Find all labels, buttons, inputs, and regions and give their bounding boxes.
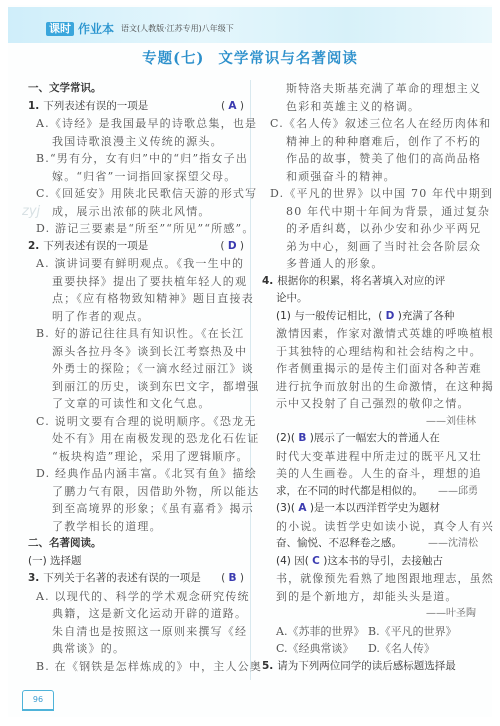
left-column: 一、文学常识。 1.下列表述有误的一项是 ( A ) A.《诗经》是我国最早的诗…: [28, 80, 246, 675]
review-2-signature: ——邱勇: [438, 483, 478, 501]
book-options-row-2: C.《经典常谈》D.《名人传》: [262, 640, 478, 658]
right-column: 斯特洛夫斯基充满了革命的理想主义色彩和英雄主义的格调。C.《名人传》叙述三位名人…: [262, 80, 478, 675]
option-line: C. 说明文要有合理的说明顺序。《恐龙无: [28, 413, 246, 431]
option-line: D. 经典作品内涵丰富。《北冥有鱼》描绘: [28, 465, 246, 483]
title-prefix: 专题(七): [142, 50, 204, 67]
text-line: 了文章的可读性和文化气息。: [28, 395, 246, 413]
text-line: 外勇士的探险；《一滴水经过丽江》谈: [28, 360, 246, 378]
option-line: A.《诗经》是我国最早的诗歌总集，也是: [28, 115, 246, 133]
text-line: 源头各拉丹冬》谈到长江考察热及中: [28, 343, 246, 361]
question-2-options: A. 演讲词要有鲜明观点。《我一生中的重要抉择》提出了要扶植年轻人的观点；《应有…: [28, 255, 246, 535]
book-option-b: B.《平凡的世界》: [368, 625, 457, 638]
text-line: 到至高境界的形象；《虽有嘉肴》揭示: [28, 500, 246, 518]
text-line: 激情因素，作家对激情式英雄的呼唤植根: [262, 325, 478, 343]
text-line: 和顽强奋斗的精神。: [262, 168, 478, 186]
review-2-first-line: (2)( B )展示了一幅宏大的普通人在: [262, 430, 478, 448]
text-line: 色彩和英雄主义的格调。: [262, 98, 478, 116]
answer-letter: C: [312, 555, 320, 567]
answer-paren: ( B ): [221, 570, 244, 588]
text-line: 进行抗争而放射出的生命激情，在这种揭: [262, 378, 478, 396]
review-1-first-line: (1) 与一般传记相比，( D )充满了各种: [262, 308, 478, 326]
review-4-signature: ——叶圣陶: [262, 605, 478, 623]
question-1-stem: 1.下列表述有误的一项是 ( A ): [28, 98, 246, 116]
text-line: 弟为中心，刻画了当时社会各阶层众: [262, 238, 478, 256]
text-line: 精神上的种种磨难后，创作了不朽的: [262, 133, 478, 151]
answer-letter: A: [298, 502, 306, 514]
review-3-last-line: 奋、愉悦、不忍释卷之感。 ——沈清松: [262, 535, 478, 553]
text-line: 多普通人的形象。: [262, 255, 478, 273]
text-line: 到的是个新地方，却能头头是道。: [262, 588, 478, 606]
text-line: 朱自清也是按照这一原则来撰写《经: [28, 623, 246, 641]
answer-letter: A: [228, 100, 236, 112]
text-line: 典籍，这是新文化运动开辟的道路。: [28, 605, 246, 623]
text-line: 的小说。读哲学史如读小说，真令人有兴: [262, 518, 478, 536]
subsection-multiple-choice: (一) 选择题: [28, 553, 246, 571]
answer-letter: D: [228, 240, 237, 252]
question-4-stem: 4.根据你的积累，将名著填入对应的评: [262, 273, 478, 291]
option-line: A. 以现代的、科学的学术观念研究传统: [28, 588, 246, 606]
text-line: 书，就像预先看熟了地图跟地理志，虽然: [262, 570, 478, 588]
answer-letter: B: [229, 572, 237, 584]
answer-letter: D: [386, 310, 395, 322]
option-line: C.《回延安》用陕北民歌信天游的形式写: [28, 185, 246, 203]
option-line: B. 好的游记往往具有知识性。《在长江: [28, 325, 246, 343]
text-line: 斯特洛夫斯基充满了革命的理想主义: [262, 80, 478, 98]
text-line: 到丽江的历史，谈到东巴文字，都增强: [28, 378, 246, 396]
text-line: 于其独特的心理结构和社会结构之中。: [262, 343, 478, 361]
text-line: 重要抉择》提出了要扶植年轻人的观: [28, 273, 246, 291]
option-line: B. 在《钢铁是怎样炼成的》中，主人公奥: [28, 658, 246, 676]
text-line: 时代大变革进程中所走过的既平凡又壮: [262, 448, 478, 466]
option-line: D.《平凡的世界》以中国 70 年代中期到: [262, 185, 478, 203]
question-3-options: A. 以现代的、科学的学术观念研究传统典籍，这是新文化运动开辟的道路。朱自清也是…: [28, 588, 246, 676]
text-line: 80 年代中期十年间为背景，通过复杂: [262, 203, 478, 221]
text-line: 成，展示出浓郁的陕北风情。: [28, 203, 246, 221]
option-line: D. 游记三要素是“所至”“所见”“所感”。: [28, 220, 246, 238]
text-line: 作者侧重揭示的是传主们面对各种苦难: [262, 360, 478, 378]
text-line: 了教学相长的道理。: [28, 518, 246, 536]
text-line: 美的人生画卷。人生的奋斗，理想的追: [262, 465, 478, 483]
review-1-body: 激情因素，作家对激情式英雄的呼唤植根于其独特的心理结构和社会结构之中。作者侧重揭…: [262, 325, 478, 413]
book-option-d: D.《名人传》: [368, 642, 435, 655]
brand-logo: 课时: [46, 22, 74, 36]
page-number-badge: 96: [22, 690, 54, 711]
question-4-stem-cont: 论中。: [262, 290, 478, 308]
text-line: 我国诗歌浪漫主义传统的源头。: [28, 133, 246, 151]
question-2-stem: 2.下列表述有误的一项是 ( D ): [28, 238, 246, 256]
text-line: 作品的故事，赞美了他们的高尚品格: [262, 150, 478, 168]
book-option-c: C.《经典常谈》: [276, 640, 368, 658]
question-5-stem: 5.请为下列两位同学的读后感标题选择最: [262, 658, 478, 676]
title-main: 文学常识与名著阅读: [218, 50, 358, 67]
review-4-body: 书，就像预先看熟了地图跟地理志，虽然到的是个新地方，却能头头是道。: [262, 570, 478, 605]
text-line: “板块构造”理论，采用了逻辑顺序。: [28, 448, 246, 466]
question-1-options: A.《诗经》是我国最早的诗歌总集，也是我国诗歌浪漫主义传统的源头。B.“男有分，…: [28, 115, 246, 238]
book-subtitle: 语文(人教版·江苏专用)八年级下: [121, 23, 234, 34]
answer-paren: ( D ): [220, 238, 244, 256]
brand-header: 课时 作业本 语文(人教版·江苏专用)八年级下: [46, 20, 234, 37]
review-3-body: 的小说。读哲学史如读小说，真令人有兴: [262, 518, 478, 536]
text-line: 典常谈》的。: [28, 640, 246, 658]
review-1-signature: ——刘佳林: [262, 413, 478, 431]
text-line: 示中又投射了自己强烈的敬仰之情。: [262, 395, 478, 413]
text-line: 明了作者的观点。: [28, 308, 246, 326]
text-line: 嫁。“归省”一词指回家探望父母。: [28, 168, 246, 186]
option-line: A. 演讲词要有鲜明观点。《我一生中的: [28, 255, 246, 273]
text-line: 处不有》用在南极发现的恐龙化石佐证: [28, 430, 246, 448]
question-3-options-continued: 斯特洛夫斯基充满了革命的理想主义色彩和英雄主义的格调。C.《名人传》叙述三位名人…: [262, 80, 478, 273]
review-2-body: 时代大变革进程中所走过的既平凡又壮美的人生画卷。人生的奋斗，理想的追: [262, 448, 478, 483]
text-line: 了鹏力气有限，因借助外物，所以能达: [28, 483, 246, 501]
page-title: 专题(七)文学常识与名著阅读: [0, 47, 500, 68]
question-3-stem: 3.下列关于名著的表述有误的一项是 ( B ): [28, 570, 246, 588]
text-line: 的矛盾纠葛，以孙少安和孙少平两兄: [262, 220, 478, 238]
review-4-first-line: (4) 因( C )这本书的导引，去接触古: [262, 553, 478, 571]
text-line: 点；《应有格物致知精神》题目直接表: [28, 290, 246, 308]
section-heading-classics-reading: 二、名著阅读。: [28, 535, 246, 553]
answer-letter: B: [298, 432, 306, 444]
review-3-signature: ——沈清松: [428, 535, 478, 553]
book-options-row-1: A.《苏菲的世界》B.《平凡的世界》: [262, 623, 478, 641]
brand-name: 作业本: [78, 20, 114, 37]
review-3-first-line: (3)( A )是一本以西洋哲学史为题材: [262, 500, 478, 518]
section-heading-literary-knowledge: 一、文学常识。: [28, 80, 246, 98]
book-option-a: A.《苏菲的世界》: [276, 623, 368, 641]
option-line: C.《名人传》叙述三位名人在经历肉体和: [262, 115, 478, 133]
answer-paren: ( A ): [221, 98, 244, 116]
option-line: B.“男有分，女有归”中的“归”指女子出: [28, 150, 246, 168]
review-2-last-line: 求，在不同的时代都是相似的。 ——邱勇: [262, 483, 478, 501]
